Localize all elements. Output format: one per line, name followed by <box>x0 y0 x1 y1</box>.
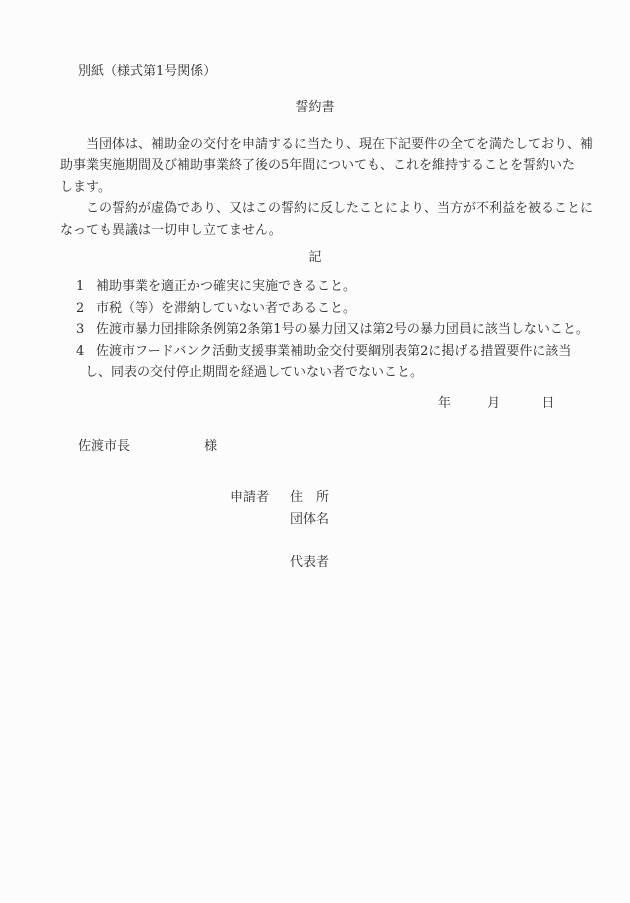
document-content: 別紙（様式第1号関係） 誓約書 当団体は、補助金の交付を申請するに当たり、現在下… <box>0 0 630 573</box>
item-number: 2 <box>76 298 84 320</box>
addressee-line: 佐渡市長 様 <box>78 436 600 458</box>
date-line: 年 月 日 <box>60 393 600 415</box>
year-label: 年 <box>438 396 451 411</box>
ki-heading: 記 <box>45 247 585 269</box>
applicant-representative-row: 代表者 <box>230 552 600 574</box>
item-number: 3 <box>76 319 84 341</box>
applicant-org-row: 団体名 <box>230 509 600 531</box>
item-text: 補助事業を適正かつ確実に実施できること。 <box>85 276 600 298</box>
applicant-label: 申請者 <box>230 487 269 509</box>
document-page: 別紙（様式第1号関係） 誓約書 当団体は、補助金の交付を申請するに当たり、現在下… <box>0 0 630 903</box>
item-number: 1 <box>76 276 84 298</box>
doc-ref: 別紙（様式第1号関係） <box>78 61 600 83</box>
item-text: 佐渡市暴力団排除条例第2条第1号の暴力団又は第2号の暴力団員に該当しないこと。 <box>85 319 600 341</box>
month-label: 月 <box>487 396 500 411</box>
day-label: 日 <box>541 396 554 411</box>
item-number: 4 <box>76 341 84 363</box>
list-item-3: 3 佐渡市暴力団排除条例第2条第1号の暴力団又は第2号の暴力団員に該当しないこと… <box>60 319 600 341</box>
pledge-paragraph-1: 当団体は、補助金の交付を申請するに当たり、現在下記要件の全てを満たしており、補 … <box>60 134 600 199</box>
applicant-address-row: 申請者 住 所 <box>230 487 600 509</box>
item-text: 市税（等）を滞納していない者であること。 <box>85 298 600 320</box>
doc-title: 誓約書 <box>45 97 585 119</box>
representative-field-label: 代表者 <box>290 555 329 570</box>
list-item-4: 4 佐渡市フードバンク活動支援事業補助金交付要綱別表第2に掲げる措置要件に該当 … <box>60 341 600 384</box>
addressee-name: 佐渡市長 <box>78 439 130 454</box>
org-name-field-label: 団体名 <box>290 512 329 527</box>
pledge-paragraph-2: この誓約が虚偽であり、又はこの誓約に反したことにより、当方が不利益を被ることに … <box>60 198 600 241</box>
item-text: 佐渡市フードバンク活動支援事業補助金交付要綱別表第2に掲げる措置要件に該当 し、… <box>85 341 600 384</box>
list-item-2: 2 市税（等）を滞納していない者であること。 <box>60 298 600 320</box>
applicant-block: 申請者 住 所 団体名 代表者 <box>230 487 600 573</box>
addressee-honorific: 様 <box>204 439 217 454</box>
address-field-label: 住 所 <box>290 490 329 505</box>
pledge-list: 1 補助事業を適正かつ確実に実施できること。 2 市税（等）を滞納していない者で… <box>60 276 600 384</box>
blank-row <box>230 530 600 552</box>
list-item-1: 1 補助事業を適正かつ確実に実施できること。 <box>60 276 600 298</box>
